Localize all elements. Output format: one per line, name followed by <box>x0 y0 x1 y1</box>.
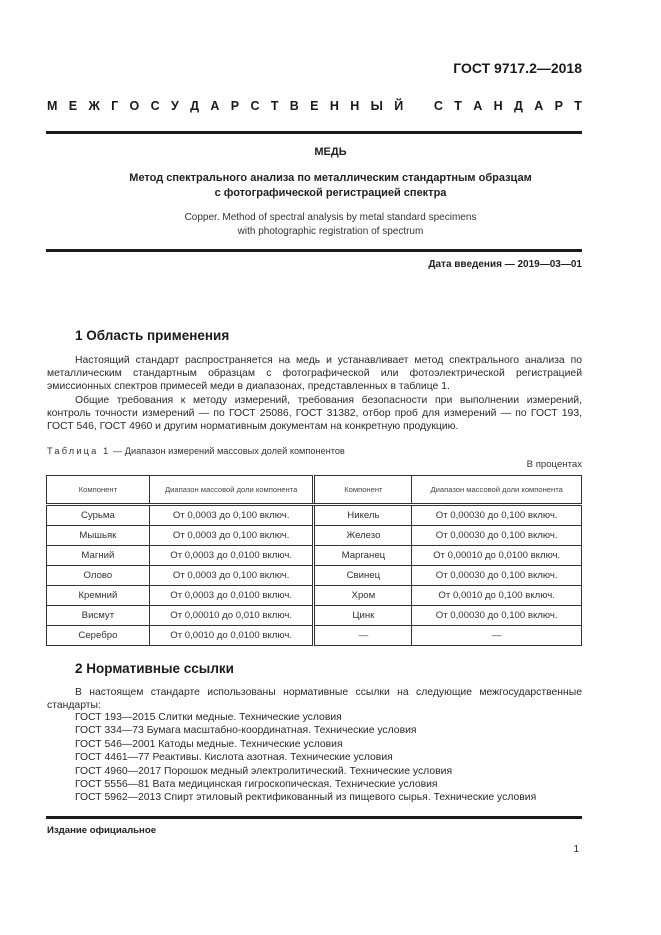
interstate-letter: Т <box>454 99 462 113</box>
table-caption-text: — Диапазон измерений массовых долей комп… <box>110 446 344 456</box>
interstate-letter: О <box>130 99 140 113</box>
reference-item: ГОСТ 334—73 Бумага масштабно-координатна… <box>75 724 536 737</box>
interstate-letter: А <box>473 99 482 113</box>
table-header-row: Компонент Диапазон массовой доли компоне… <box>47 476 582 505</box>
section-2-intro-text: В настоящем стандарте использованы норма… <box>47 686 582 712</box>
interstate-letter: Н <box>330 99 339 113</box>
range-cell: От 0,00030 до 0,100 включ. <box>412 566 582 586</box>
table-row: ВисмутОт 0,00010 до 0,010 включ.ЦинкОт 0… <box>47 606 582 626</box>
range-cell: От 0,0003 до 0,0100 включ. <box>149 586 314 606</box>
interstate-letter: Д <box>190 99 199 113</box>
component-cell: Цинк <box>314 606 412 626</box>
interstate-letter: В <box>290 99 299 113</box>
range-cell: От 0,0010 до 0,0100 включ. <box>149 626 314 646</box>
reference-item: ГОСТ 4461—77 Реактивы. Кислота азотная. … <box>75 751 536 764</box>
table-caption-label: Таблица 1 <box>47 446 110 456</box>
range-cell: От 0,00010 до 0,010 включ. <box>149 606 314 626</box>
english-title-line-1: Copper. Method of spectral analysis by m… <box>0 211 661 225</box>
gost-code: ГОСТ 9717.2—2018 <box>453 60 582 76</box>
reference-item: ГОСТ 4960—2017 Порошок медный электролит… <box>75 765 536 778</box>
interstate-letter: У <box>171 99 179 113</box>
references-list: ГОСТ 193—2015 Слитки медные. Технические… <box>75 711 536 805</box>
table-row: КремнийОт 0,0003 до 0,0100 включ.ХромОт … <box>47 586 582 606</box>
header-component: Компонент <box>47 476 150 505</box>
interstate-letter: А <box>534 99 543 113</box>
reference-item: ГОСТ 546—2001 Катоды медные. Технические… <box>75 738 536 751</box>
interstate-letter: М <box>47 99 57 113</box>
range-cell: — <box>412 626 582 646</box>
range-cell: От 0,0010 до 0,100 включ. <box>412 586 582 606</box>
official-edition: Издание официальное <box>47 825 156 836</box>
range-cell: От 0,00030 до 0,100 включ. <box>412 606 582 626</box>
table-row: СереброОт 0,0010 до 0,0100 включ.—— <box>47 626 582 646</box>
component-cell: Висмут <box>47 606 150 626</box>
reference-item: ГОСТ 5962—2013 Спирт этиловый ректификов… <box>75 791 536 804</box>
reference-item: ГОСТ 5556—81 Вата медицинская гигроскопи… <box>75 778 536 791</box>
english-title-line-2: with photographic registration of spectr… <box>0 225 661 239</box>
component-cell: Железо <box>314 526 412 546</box>
range-cell: От 0,00030 до 0,100 включ. <box>412 505 582 526</box>
interstate-letter: С <box>250 99 259 113</box>
interstate-letter: Т <box>271 99 279 113</box>
interstate-letter: Т <box>574 99 582 113</box>
component-cell: Хром <box>314 586 412 606</box>
section-1-paragraph-1: Настоящий стандарт распространяется на м… <box>47 354 582 394</box>
section-1-paragraph-2: Общие требования к методу измерений, тре… <box>47 394 582 434</box>
document-subtitle: Метод спектрального анализа по металличе… <box>0 171 661 201</box>
interstate-letter: Н <box>350 99 359 113</box>
interstate-letter: Г <box>111 99 118 113</box>
interstate-letter: А <box>210 99 219 113</box>
range-cell: От 0,0003 до 0,100 включ. <box>149 526 314 546</box>
subtitle-line-2: с фотографической регистрацией спектра <box>0 186 661 201</box>
table-row: ОловоОт 0,0003 до 0,100 включ.СвинецОт 0… <box>47 566 582 586</box>
component-cell: Никель <box>314 505 412 526</box>
section-2-heading: 2 Нормативные ссылки <box>75 661 234 676</box>
interstate-letter: Р <box>555 99 563 113</box>
table-row: МышьякОт 0,0003 до 0,100 включ.ЖелезоОт … <box>47 526 582 546</box>
table-unit: В процентах <box>527 459 582 470</box>
interstate-letter: Й <box>394 99 403 113</box>
component-cell: Сурьма <box>47 505 150 526</box>
section-1-body: Настоящий стандарт распространяется на м… <box>47 354 582 433</box>
page-number: 1 <box>573 844 579 855</box>
english-title: Copper. Method of spectral analysis by m… <box>0 211 661 239</box>
range-cell: От 0,0003 до 0,100 включ. <box>149 505 314 526</box>
subtitle-line-1: Метод спектрального анализа по металличе… <box>0 171 661 186</box>
component-cell: Кремний <box>47 586 150 606</box>
interstate-letter: Д <box>514 99 523 113</box>
component-cell: Магний <box>47 546 150 566</box>
interstate-letter: Ы <box>371 99 383 113</box>
document-title: МЕДЬ <box>0 146 661 158</box>
range-cell: От 0,00010 до 0,0100 включ. <box>412 546 582 566</box>
header-range: Диапазон массовой доли компонента <box>149 476 314 505</box>
header-rule <box>46 131 582 134</box>
section-1-heading: 1 Область применения <box>75 328 229 343</box>
interstate-letter <box>415 99 423 113</box>
table-row: СурьмаОт 0,0003 до 0,100 включ.НикельОт … <box>47 505 582 526</box>
range-cell: От 0,0003 до 0,100 включ. <box>149 566 314 586</box>
reference-item: ГОСТ 193—2015 Слитки медные. Технические… <box>75 711 536 724</box>
component-cell: Мышьяк <box>47 526 150 546</box>
header-range: Диапазон массовой доли компонента <box>412 476 582 505</box>
introduction-date: Дата введения — 2019—03—01 <box>428 259 582 270</box>
footer-rule <box>46 816 582 819</box>
table-caption: Таблица 1 — Диапазон измерений массовых … <box>47 446 345 456</box>
title-rule <box>46 249 582 252</box>
interstate-letter: Н <box>494 99 503 113</box>
component-cell: Марганец <box>314 546 412 566</box>
interstate-letter: Е <box>69 99 77 113</box>
interstate-letter: Ж <box>88 99 99 113</box>
interstate-letter: Е <box>310 99 318 113</box>
component-cell: Олово <box>47 566 150 586</box>
component-cell: Серебро <box>47 626 150 646</box>
interstate-letter: С <box>151 99 160 113</box>
interstate-letter: С <box>434 99 443 113</box>
table-row: МагнийОт 0,0003 до 0,0100 включ.Марганец… <box>47 546 582 566</box>
component-cell: — <box>314 626 412 646</box>
interstate-letter: Р <box>231 99 239 113</box>
components-table: Компонент Диапазон массовой доли компоне… <box>46 475 582 646</box>
section-2-intro: В настоящем стандарте использованы норма… <box>47 686 582 712</box>
component-cell: Свинец <box>314 566 412 586</box>
range-cell: От 0,00030 до 0,100 включ. <box>412 526 582 546</box>
header-component: Компонент <box>314 476 412 505</box>
interstate-standard-heading: МЕЖГОСУДАРСТВЕННЫЙ СТАНДАРТ <box>47 99 582 113</box>
range-cell: От 0,0003 до 0,0100 включ. <box>149 546 314 566</box>
